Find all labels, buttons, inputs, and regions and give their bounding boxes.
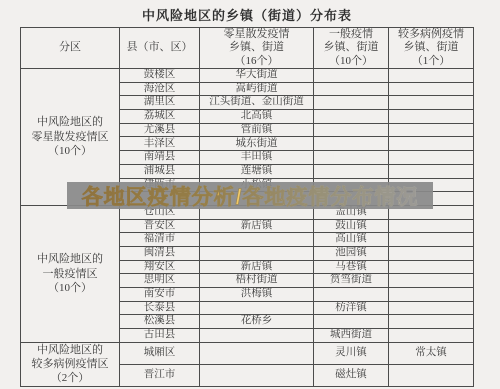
page: 中风险地区的乡镇（街道）分布表 分区 县（市、区） 零星散发疫情 乡镇、街道 （… [0, 0, 500, 389]
county-cell: 湖里区 [120, 96, 200, 110]
sporadic-cell [200, 233, 314, 247]
general-cell [314, 123, 389, 137]
many-cell [389, 151, 474, 165]
many-cell [389, 274, 474, 288]
many-cell [389, 288, 474, 302]
county-cell: 城厢区 [120, 342, 200, 364]
many-cell [389, 96, 474, 110]
many-cell [389, 315, 474, 329]
general-cell: 筼筜街道 [314, 274, 389, 288]
county-cell: 尤溪县 [120, 123, 200, 137]
table-row: 中风险地区的 较多病例疫情区 （2个） 城厢区 灵川镇 常太镇 [21, 342, 474, 364]
many-cell [389, 301, 474, 315]
county-cell: 丰泽区 [120, 137, 200, 151]
general-cell [314, 96, 389, 110]
many-cell [389, 69, 474, 83]
county-cell: 鼓楼区 [120, 69, 200, 83]
sporadic-cell: 莲塘镇 [200, 164, 314, 178]
county-cell: 晋江市 [120, 364, 200, 386]
many-cell [389, 137, 474, 151]
county-cell: 南安市 [120, 288, 200, 302]
county-cell: 松溪县 [120, 315, 200, 329]
general-cell [314, 82, 389, 96]
general-cell: 灵川镇 [314, 342, 389, 364]
header-cell-many: 较多病例疫情 乡镇、街道 （1个） [389, 28, 474, 69]
general-cell [314, 288, 389, 302]
many-cell [389, 219, 474, 233]
watermark-banner: 各地区疫情分析/各地疫情分布情况 [67, 182, 433, 209]
general-cell: 鼓山镇 [314, 219, 389, 233]
sporadic-cell: 丰田镇 [200, 151, 314, 165]
many-cell [389, 110, 474, 124]
sporadic-cell: 江头街道、金山街道 [200, 96, 314, 110]
general-cell: 池园镇 [314, 246, 389, 260]
watermark-text: 各地区疫情分析/各地疫情分布情况 [82, 181, 419, 211]
sporadic-cell [200, 246, 314, 260]
sporadic-cell: 梧村街道 [200, 274, 314, 288]
general-cell [314, 110, 389, 124]
sporadic-cell: 北高镇 [200, 110, 314, 124]
sporadic-cell: 花桥乡 [200, 315, 314, 329]
sporadic-cell [200, 329, 314, 343]
many-cell [389, 82, 474, 96]
sporadic-cell [200, 301, 314, 315]
page-title: 中风险地区的乡镇（街道）分布表 [0, 5, 494, 24]
general-cell [314, 151, 389, 165]
county-cell: 思明区 [120, 274, 200, 288]
county-cell: 长泰县 [120, 301, 200, 315]
county-cell: 闽清县 [120, 246, 200, 260]
general-cell: 城西街道 [314, 329, 389, 343]
many-cell [389, 329, 474, 343]
general-cell [314, 137, 389, 151]
sporadic-cell: 城东街道 [200, 137, 314, 151]
county-cell: 福清市 [120, 233, 200, 247]
header-cell-district: 分区 [21, 28, 120, 69]
many-cell [389, 260, 474, 274]
group-label-many-cases-zone: 中风险地区的 较多病例疫情区 （2个） [21, 342, 120, 386]
sporadic-cell [200, 364, 314, 386]
sporadic-cell: 管前镇 [200, 123, 314, 137]
many-cell [389, 246, 474, 260]
county-cell: 南靖县 [120, 151, 200, 165]
sporadic-cell [200, 342, 314, 364]
header-cell-general: 一般疫情 乡镇、街道 （10个） [314, 28, 389, 69]
many-cell [389, 164, 474, 178]
general-cell: 磁灶镇 [314, 364, 389, 386]
many-cell [389, 123, 474, 137]
header-cell-county: 县（市、区） [120, 28, 200, 69]
group-label-general-zone: 中风险地区的 一般疫情区 （10个） [21, 205, 120, 342]
general-cell: 高山镇 [314, 233, 389, 247]
many-cell [389, 364, 474, 386]
sporadic-cell: 洪梅镇 [200, 288, 314, 302]
general-cell [314, 69, 389, 83]
county-cell: 古田县 [120, 329, 200, 343]
sporadic-cell: 新店镇 [200, 219, 314, 233]
county-cell: 海沧区 [120, 82, 200, 96]
county-cell: 荔城区 [120, 110, 200, 124]
many-cell: 常太镇 [389, 342, 474, 364]
sporadic-cell: 嵩屿街道 [200, 82, 314, 96]
county-cell: 晋安区 [120, 219, 200, 233]
header-cell-sporadic: 零星散发疫情 乡镇、街道 （16个） [200, 28, 314, 69]
general-cell: 枋洋镇 [314, 301, 389, 315]
county-cell: 翔安区 [120, 260, 200, 274]
sporadic-cell: 新店镇 [200, 260, 314, 274]
general-cell [314, 164, 389, 178]
general-cell [314, 315, 389, 329]
header-row: 分区 县（市、区） 零星散发疫情 乡镇、街道 （16个） 一般疫情 乡镇、街道 … [21, 28, 474, 69]
general-cell: 马巷镇 [314, 260, 389, 274]
many-cell [389, 233, 474, 247]
county-cell: 浦城县 [120, 164, 200, 178]
table-row: 中风险地区的 零星散发疫情区 （10个） 鼓楼区 华大街道 [21, 69, 474, 83]
sporadic-cell: 华大街道 [200, 69, 314, 83]
